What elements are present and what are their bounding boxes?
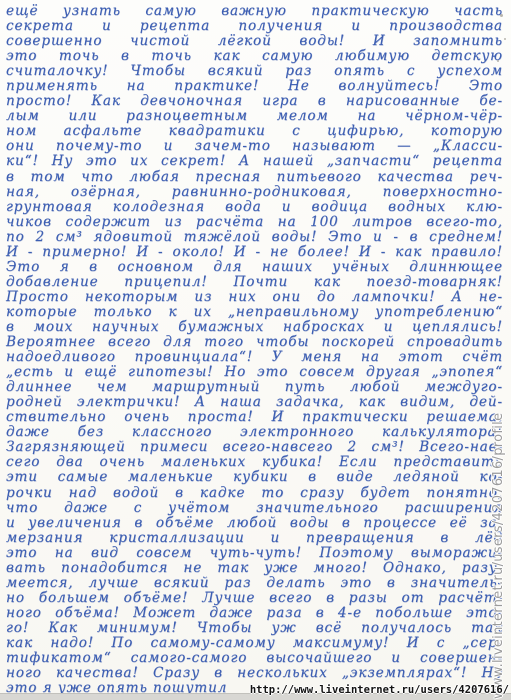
text-line: применять на практике! Не волнуйтесь! Эт… bbox=[6, 79, 503, 94]
text-line: ствительно очень проста! И практически р… bbox=[6, 410, 503, 425]
text-line: сего два очень маленьких кубика! Если пр… bbox=[6, 455, 503, 470]
text-line: мерзания кристаллизации и превращения в … bbox=[6, 531, 503, 546]
text-line: чиков содержит из расчёта на 100 литров … bbox=[6, 215, 503, 230]
text-line: просто! Как девчоночная игра в нарисован… bbox=[6, 94, 503, 109]
bottom-url-watermark: http://www.liveinternet.ru/users/4207616… bbox=[250, 684, 509, 696]
text-line: лым или разноцветным мелом на чёрном-чёр… bbox=[6, 109, 503, 124]
text-line: тификатом“ самого-самого высочайшего и с… bbox=[6, 651, 503, 666]
text-line: что даже с учётом значительного расширен… bbox=[6, 501, 503, 516]
text-line: и увеличения в объёме любой воды в проце… bbox=[6, 516, 503, 531]
text-line: рочки над водой в кадке то сразу будет п… bbox=[6, 486, 503, 501]
text-line: это точь в точь как самую любимую детску… bbox=[6, 49, 503, 64]
text-line: ном асфальте квадратики с цифирью, котор… bbox=[6, 124, 503, 139]
text-line: меется, лучше всякий раз делать это в зн… bbox=[6, 576, 503, 591]
text-line: добавление прицепил! Почти как поезд-тов… bbox=[6, 275, 503, 290]
text-line: ного объёма! Может даже раза в 4-е побол… bbox=[6, 606, 503, 621]
text-line: в том что любая пресная питьевого качест… bbox=[6, 170, 503, 185]
text-line: надоедливого провинциала“! У меня на это… bbox=[6, 350, 503, 365]
text-line: совершенно чистой лёгкой воды! И запомни… bbox=[6, 34, 503, 49]
side-watermark: www.liveinternet.ru/users/4207616/profil… bbox=[491, 413, 506, 699]
text-line: ещё узнать самую важную практическую час… bbox=[6, 4, 503, 19]
scanned-paper: ещё узнать самую важную практическую час… bbox=[0, 0, 511, 694]
text-line: секрета и рецепта получения и производст… bbox=[6, 19, 503, 34]
text-line: ного качества! Сразу в нескольких „экзем… bbox=[6, 666, 503, 681]
text-line: считалочку! Чтобы всякий раз опять с усп… bbox=[6, 64, 503, 79]
paper-speck bbox=[497, 60, 499, 62]
text-line: вать понадобится не так уже много! Однак… bbox=[6, 561, 503, 576]
text-line: в моих научных бумажных набросках и цепл… bbox=[6, 320, 503, 335]
handwritten-text: ещё узнать самую важную практическую час… bbox=[6, 4, 503, 696]
text-line: Загрязняющей примеси всего-навсего 2 см³… bbox=[6, 440, 503, 455]
text-line: эти самые маленькие кубики в виде ледяно… bbox=[6, 470, 503, 485]
text-line: они почему-то и зачем-то называют — „Кла… bbox=[6, 139, 503, 154]
paper-speck bbox=[500, 14, 503, 17]
text-line: по 2 см³ ядовитой тяжёлой воды! Это и - … bbox=[6, 230, 503, 245]
text-line: Просто некоторым из них они до лампочки!… bbox=[6, 290, 503, 305]
text-line: „есть и ещё гипотезы! Но это совсем друг… bbox=[6, 365, 503, 380]
text-line: но большем объёме! Лучше всего в разы от… bbox=[6, 591, 503, 606]
text-line: Вероятнее всего для того чтобы поскорей … bbox=[6, 335, 503, 350]
text-line: Это я в основном для наших учёных длинню… bbox=[6, 260, 503, 275]
text-line: грунтовая колодезная вода и водица водны… bbox=[6, 200, 503, 215]
text-line: го! Как минимум! Чтобы уж всё получалось… bbox=[6, 621, 503, 636]
text-line: ки“! Ну это их секрет! А нашей „запчасти… bbox=[6, 154, 503, 169]
text-line: которые только к их „неправильному употр… bbox=[6, 305, 503, 320]
text-line: даже без классного электронного калькуля… bbox=[6, 425, 503, 440]
paper-speck bbox=[504, 38, 506, 40]
text-line: как надо! По самому-самому максимуму! И … bbox=[6, 636, 503, 651]
text-line: родней электрички! А наша задачка, как в… bbox=[6, 395, 503, 410]
text-line: длиннее чем маршрутный путь любой междуг… bbox=[6, 380, 503, 395]
text-line: ная, озёрная, равнинно-родниковая, повер… bbox=[6, 185, 503, 200]
text-line: это на вид совсем чуть-чуть! Поэтому вым… bbox=[6, 546, 503, 561]
text-line: И - примерно! И - около! И - не более! И… bbox=[6, 245, 503, 260]
